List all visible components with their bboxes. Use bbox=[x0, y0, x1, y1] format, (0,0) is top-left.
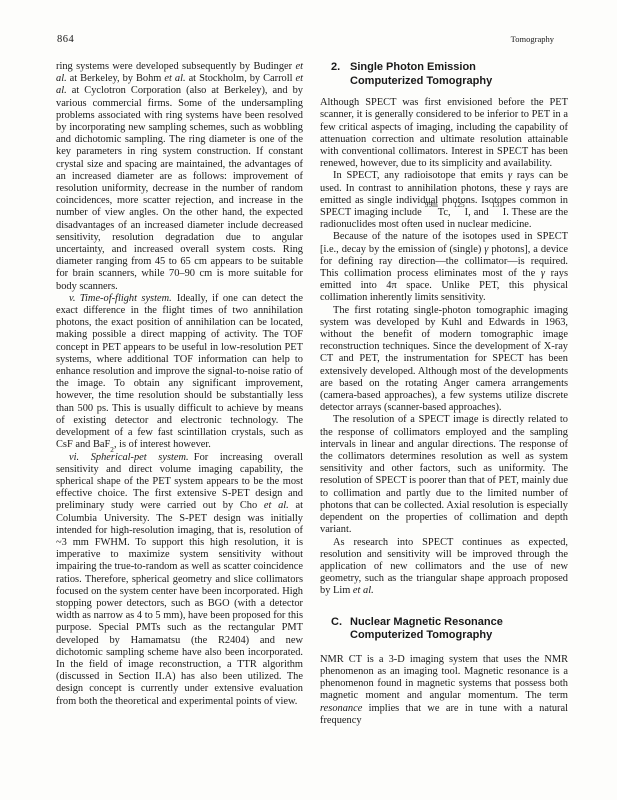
text-run: I, and bbox=[465, 207, 492, 218]
paragraph: Because of the nature of the isotopes us… bbox=[320, 231, 568, 304]
text-run: The resolution of a SPECT image is direc… bbox=[320, 414, 568, 535]
paragraph: ring systems were developed subsequently… bbox=[56, 61, 303, 293]
text-run: at Stockholm, by Carroll bbox=[186, 73, 296, 84]
paragraph: In SPECT, any radioisotope that emits γ … bbox=[320, 170, 568, 231]
italic-run: et al. bbox=[264, 500, 289, 511]
scanned-paper-page: 864 Tomography ring systems were develop… bbox=[0, 0, 617, 800]
italic-run: et al. bbox=[164, 73, 185, 84]
paragraph: As research into SPECT continues as expe… bbox=[320, 537, 568, 598]
running-head: Tomography bbox=[511, 34, 554, 44]
italic-run: resonance bbox=[320, 703, 362, 714]
text-run: , is of interest however. bbox=[114, 439, 211, 450]
paragraph: The resolution of a SPECT image is direc… bbox=[320, 414, 568, 536]
paragraph: v. Time-of-flight system. Ideally, if on… bbox=[56, 293, 303, 452]
text-run: Tc, bbox=[438, 207, 454, 218]
left-column: ring systems were developed subsequently… bbox=[56, 61, 303, 708]
section-heading-text: Nuclear Magnetic ResonanceComputerized T… bbox=[350, 616, 503, 643]
section-heading-text: Single Photon EmissionComputerized Tomog… bbox=[350, 61, 492, 88]
paragraph: vi. Spherical-pet system. For increasing… bbox=[56, 452, 303, 708]
italic-run: et al. bbox=[353, 585, 374, 596]
sup-run: 131 bbox=[492, 200, 503, 209]
text-run: Ideally, if one can detect the exact dif… bbox=[56, 293, 303, 450]
sup-run: 125 bbox=[454, 200, 465, 209]
paragraph: The first rotating single-photon tomogra… bbox=[320, 305, 568, 415]
text-run: at Cyclotron Corporation (also at Berkel… bbox=[56, 85, 303, 291]
heading-line: Computerized Tomography bbox=[350, 629, 503, 643]
text-run: Although SPECT was first envisioned befo… bbox=[320, 97, 568, 169]
italic-run: vi. Spherical-pet system. bbox=[69, 452, 189, 463]
text-run: The first rotating single-photon tomogra… bbox=[320, 305, 568, 414]
italic-run: v. Time-of-flight system. bbox=[69, 293, 172, 304]
sup-run: 99m bbox=[425, 200, 438, 209]
heading-line: Computerized Tomography bbox=[350, 75, 492, 89]
page-number: 864 bbox=[57, 34, 74, 45]
heading-line: Single Photon Emission bbox=[350, 61, 492, 75]
section-number: 2. bbox=[331, 61, 350, 88]
section-heading: C.Nuclear Magnetic ResonanceComputerized… bbox=[320, 616, 568, 643]
paragraph: NMR CT is a 3-D imaging system that uses… bbox=[320, 654, 568, 727]
text-run: at Columbia University. The S-PET design… bbox=[56, 500, 303, 706]
text-run: ring systems were developed subsequently… bbox=[56, 61, 296, 72]
page-header: 864 Tomography bbox=[57, 34, 554, 45]
text-run: at Berkeley, by Bohm bbox=[67, 73, 165, 84]
text-run: In SPECT, any radioisotope that emits bbox=[333, 170, 508, 181]
text-run: NMR CT is a 3-D imaging system that uses… bbox=[320, 654, 568, 702]
paragraph: Although SPECT was first envisioned befo… bbox=[320, 97, 568, 170]
section-heading: 2.Single Photon EmissionComputerized Tom… bbox=[320, 61, 568, 88]
sub-run: 2 bbox=[110, 445, 114, 454]
section-number: C. bbox=[331, 616, 350, 643]
right-column: 2.Single Photon EmissionComputerized Tom… bbox=[320, 61, 568, 727]
heading-line: Nuclear Magnetic Resonance bbox=[350, 616, 503, 630]
